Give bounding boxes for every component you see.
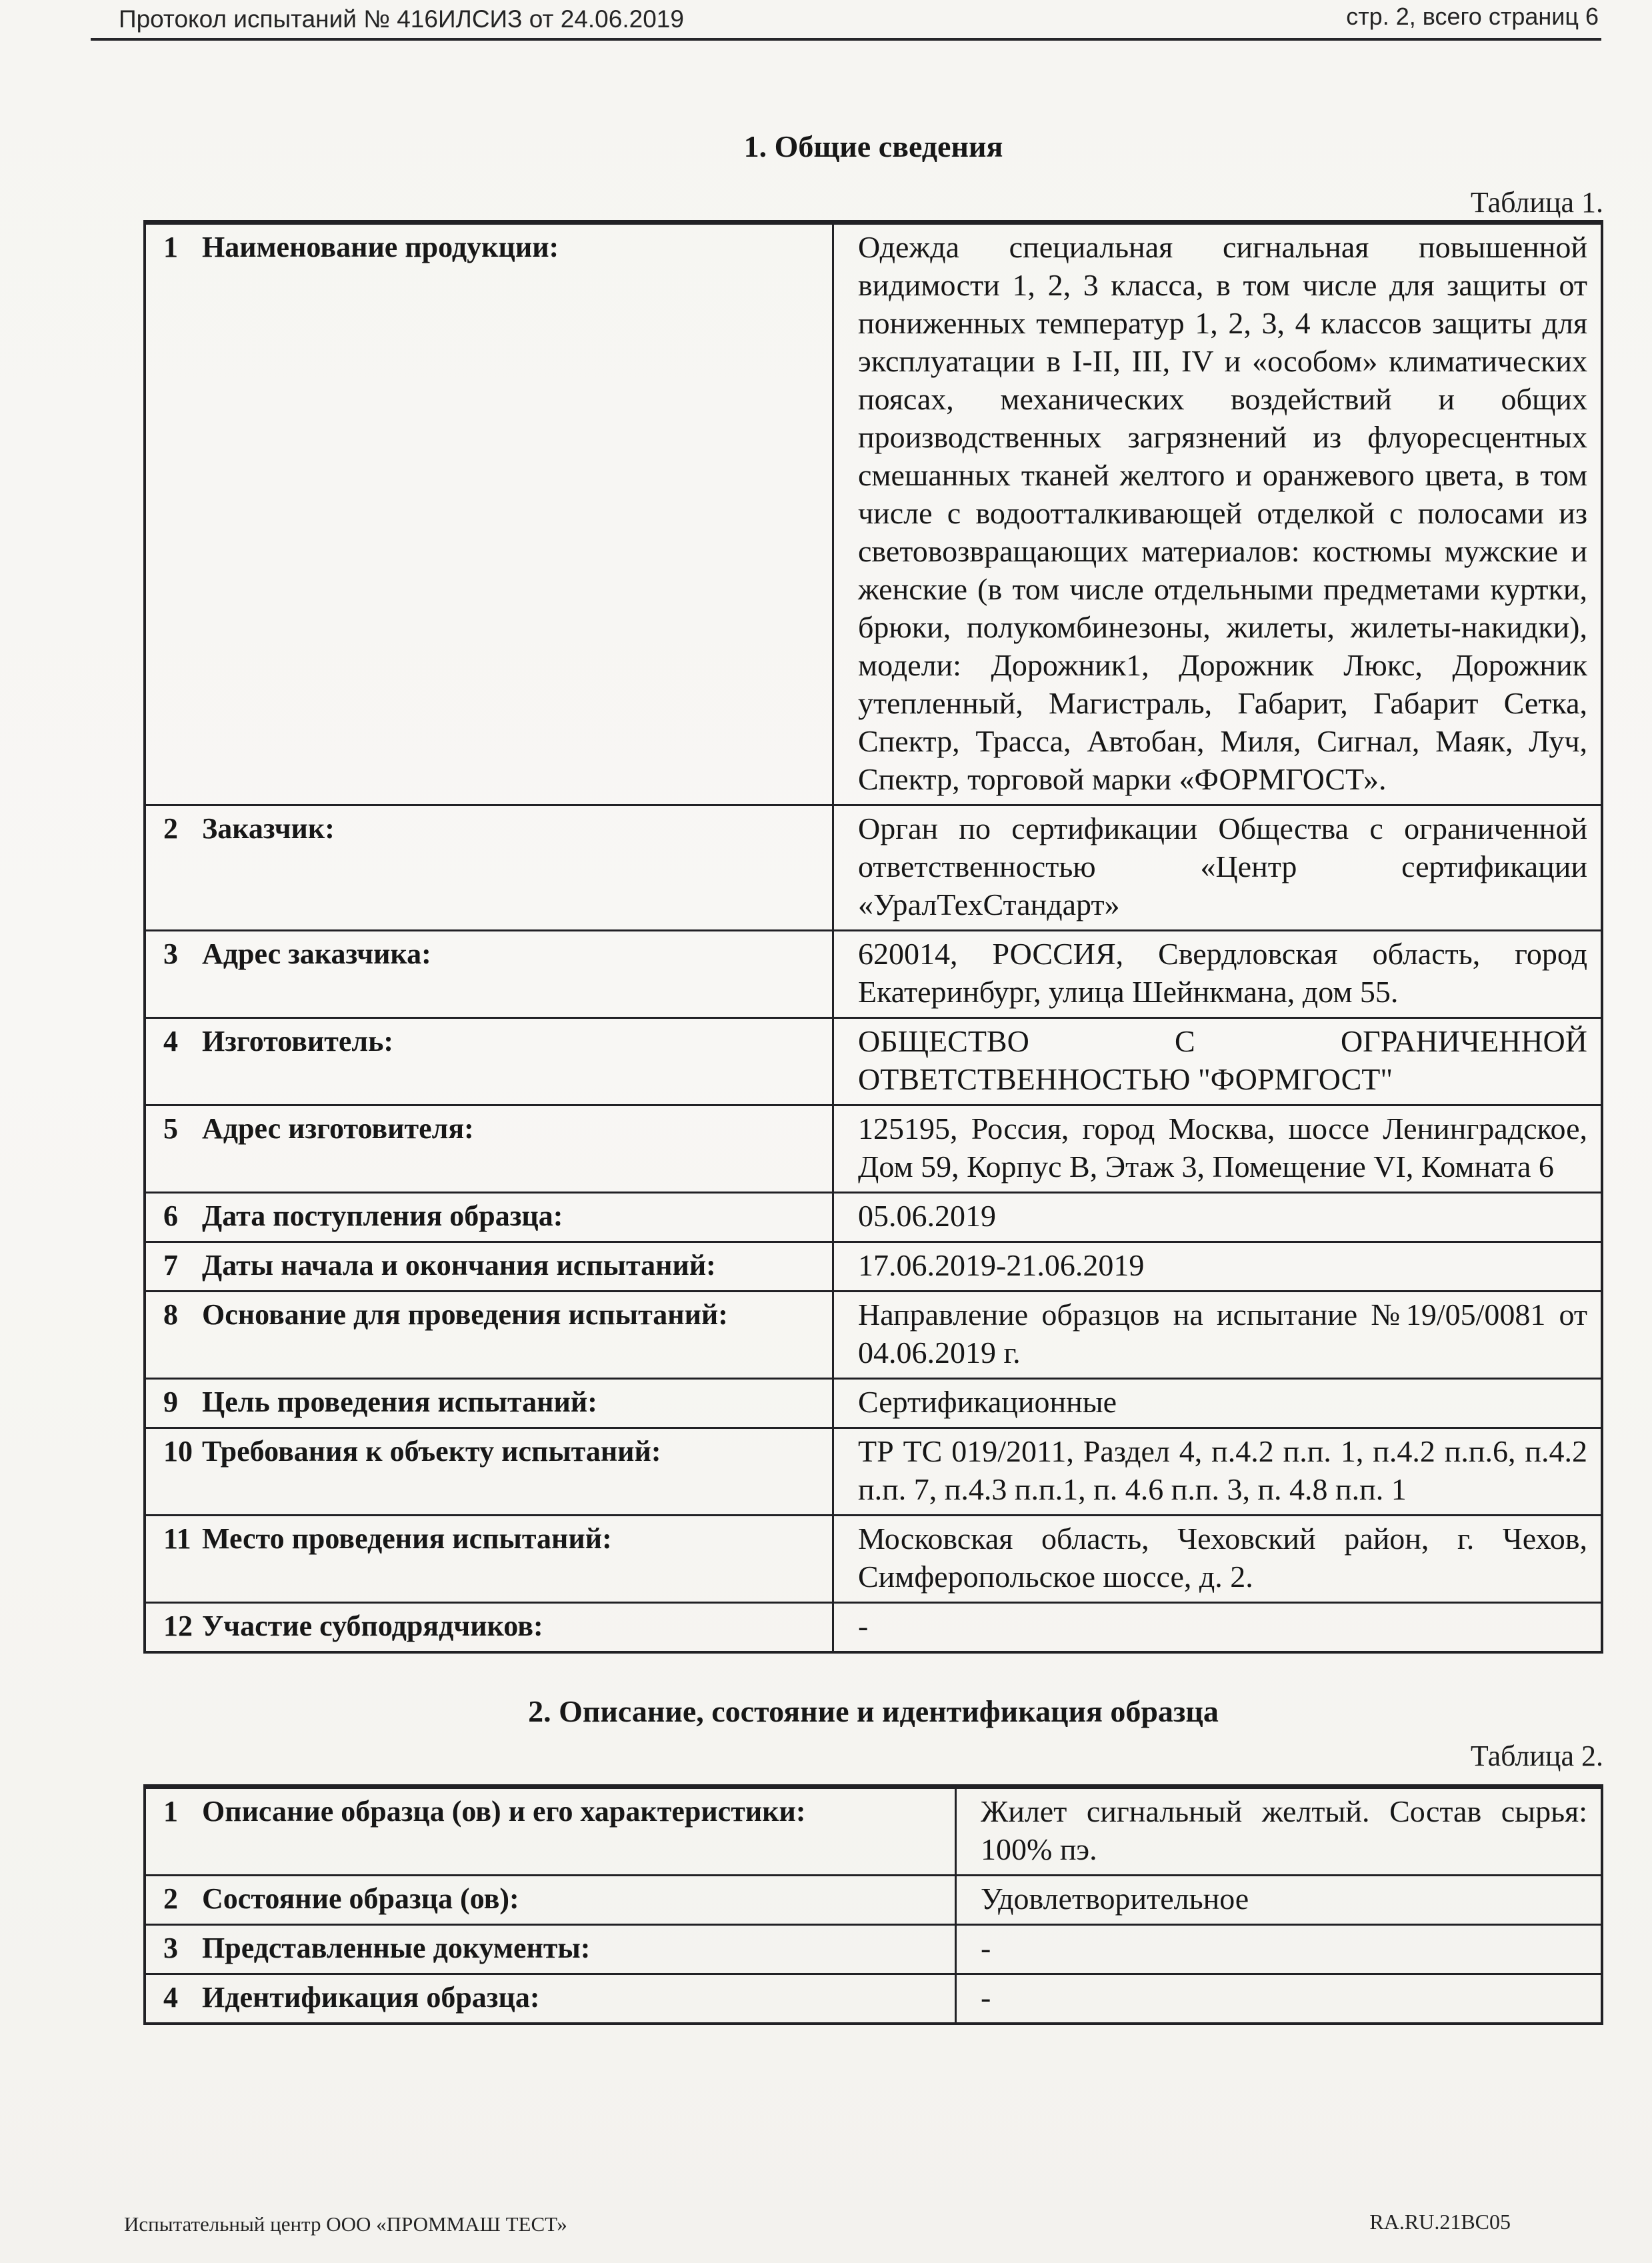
row-label: Описание образца (ов) и его характеристи… bbox=[202, 1792, 806, 1830]
row-label: Состояние образца (ов): bbox=[202, 1880, 519, 1918]
table-row: 10Требования к объекту испытаний: ТР ТС … bbox=[146, 1429, 1601, 1516]
section2-title: 2. Описание, состояние и идентификация о… bbox=[143, 1694, 1603, 1729]
row-number: 2 bbox=[163, 1880, 202, 1918]
row-label: Даты начала и окончания испытаний: bbox=[202, 1246, 716, 1284]
table-row: 3Представленные документы: - bbox=[146, 1926, 1601, 1975]
table-row: 9Цель проведения испытаний: Сертификацио… bbox=[146, 1380, 1601, 1429]
table-row: 4Изготовитель: ОБЩЕСТВО С ОГРАНИЧЕННОЙ О… bbox=[146, 1019, 1601, 1106]
row-label: Место проведения испытаний: bbox=[202, 1520, 612, 1558]
row-value: 05.06.2019 bbox=[834, 1194, 1601, 1241]
row-number: 4 bbox=[163, 1022, 202, 1060]
row-value: - bbox=[957, 1975, 1601, 2022]
row-label: Адрес изготовителя: bbox=[202, 1109, 474, 1148]
table-row: 1Наименование продукции: Одежда специаль… bbox=[146, 225, 1601, 806]
footer-test-center: Испытательный центр ООО «ПРОММАШ ТЕСТ» bbox=[124, 2212, 567, 2236]
table-row: 7Даты начала и окончания испытаний: 17.0… bbox=[146, 1243, 1601, 1292]
table-row: 1Описание образца (ов) и его характерист… bbox=[146, 1789, 1601, 1876]
table2-sample-description: 1Описание образца (ов) и его характерист… bbox=[143, 1784, 1603, 2025]
row-number: 7 bbox=[163, 1246, 202, 1284]
row-label: Изготовитель: bbox=[202, 1022, 393, 1060]
row-number: 11 bbox=[163, 1520, 202, 1558]
row-number: 8 bbox=[163, 1296, 202, 1334]
table2-caption: Таблица 2. bbox=[143, 1739, 1603, 1773]
row-label: Основание для проведения испытаний: bbox=[202, 1296, 728, 1334]
row-value: - bbox=[957, 1926, 1601, 1973]
row-value: Сертификационные bbox=[834, 1380, 1601, 1427]
table-row: 11Место проведения испытаний: Московская… bbox=[146, 1516, 1601, 1604]
table-row: 4Идентификация образца: - bbox=[146, 1975, 1601, 2022]
header-page-info: стр. 2, всего страниц 6 bbox=[1346, 3, 1599, 31]
row-number: 2 bbox=[163, 809, 202, 847]
row-value: - bbox=[834, 1604, 1601, 1651]
scanned-protocol-page: Протокол испытаний № 416ИЛСИЗ от 24.06.2… bbox=[0, 0, 1652, 2263]
row-number: 3 bbox=[163, 1929, 202, 1967]
row-number: 9 bbox=[163, 1383, 202, 1421]
table-row: 5Адрес изготовителя: 125195, Россия, гор… bbox=[146, 1106, 1601, 1194]
row-value: 17.06.2019-21.06.2019 bbox=[834, 1243, 1601, 1290]
table-row: 12Участие субподрядчиков: - bbox=[146, 1604, 1601, 1651]
section1-title: 1. Общие сведения bbox=[143, 129, 1603, 164]
row-value: Удовлетворительное bbox=[957, 1876, 1601, 1924]
row-value: Одежда специальная сигнальная повышенной… bbox=[834, 225, 1601, 804]
table-row: 6Дата поступления образца: 05.06.2019 bbox=[146, 1194, 1601, 1243]
row-label: Адрес заказчика: bbox=[202, 935, 431, 973]
table1-general-info: 1Наименование продукции: Одежда специаль… bbox=[143, 220, 1603, 1654]
row-label: Участие субподрядчиков: bbox=[202, 1607, 543, 1645]
row-label: Представленные документы: bbox=[202, 1929, 590, 1967]
header-protocol-number: Протокол испытаний № 416ИЛСИЗ от 24.06.2… bbox=[119, 5, 684, 33]
row-label: Дата поступления образца: bbox=[202, 1197, 563, 1235]
row-number: 4 bbox=[163, 1978, 202, 2016]
table-row: 2Состояние образца (ов): Удовлетворитель… bbox=[146, 1876, 1601, 1926]
row-value: Жилет сигнальный желтый. Состав сырья: 1… bbox=[957, 1789, 1601, 1874]
table1-caption: Таблица 1. bbox=[143, 185, 1603, 219]
footer-accreditation-number: RA.RU.21BC05 bbox=[1369, 2210, 1511, 2234]
table-row: 2Заказчик: Орган по сертификации Обществ… bbox=[146, 806, 1601, 931]
row-number: 3 bbox=[163, 935, 202, 973]
table-row: 8Основание для проведения испытаний: Нап… bbox=[146, 1292, 1601, 1380]
row-value: Московская область, Чеховский район, г. … bbox=[834, 1516, 1601, 1602]
row-value: 125195, Россия, город Москва, шоссе Лени… bbox=[834, 1106, 1601, 1192]
row-label: Идентификация образца: bbox=[202, 1978, 539, 2016]
row-number: 1 bbox=[163, 228, 202, 266]
row-value: ТР ТС 019/2011, Раздел 4, п.4.2 п.п. 1, … bbox=[834, 1429, 1601, 1514]
row-number: 5 bbox=[163, 1109, 202, 1148]
table-row: 3Адрес заказчика: 620014, РОССИЯ, Свердл… bbox=[146, 931, 1601, 1019]
row-number: 1 bbox=[163, 1792, 202, 1830]
row-value: 620014, РОССИЯ, Свердловская область, го… bbox=[834, 931, 1601, 1017]
row-number: 6 bbox=[163, 1197, 202, 1235]
row-label: Цель проведения испытаний: bbox=[202, 1383, 597, 1421]
row-value: ОБЩЕСТВО С ОГРАНИЧЕННОЙ ОТВЕТСТВЕННОСТЬЮ… bbox=[834, 1019, 1601, 1104]
row-value: Направление образцов на испытание №19/05… bbox=[834, 1292, 1601, 1378]
header-rule bbox=[91, 38, 1601, 41]
row-number: 10 bbox=[163, 1432, 202, 1470]
row-number: 12 bbox=[163, 1607, 202, 1645]
row-value: Орган по сертификации Общества с огранич… bbox=[834, 806, 1601, 929]
row-label: Требования к объекту испытаний: bbox=[202, 1432, 661, 1470]
row-label: Наименование продукции: bbox=[202, 228, 559, 266]
row-label: Заказчик: bbox=[202, 809, 335, 847]
